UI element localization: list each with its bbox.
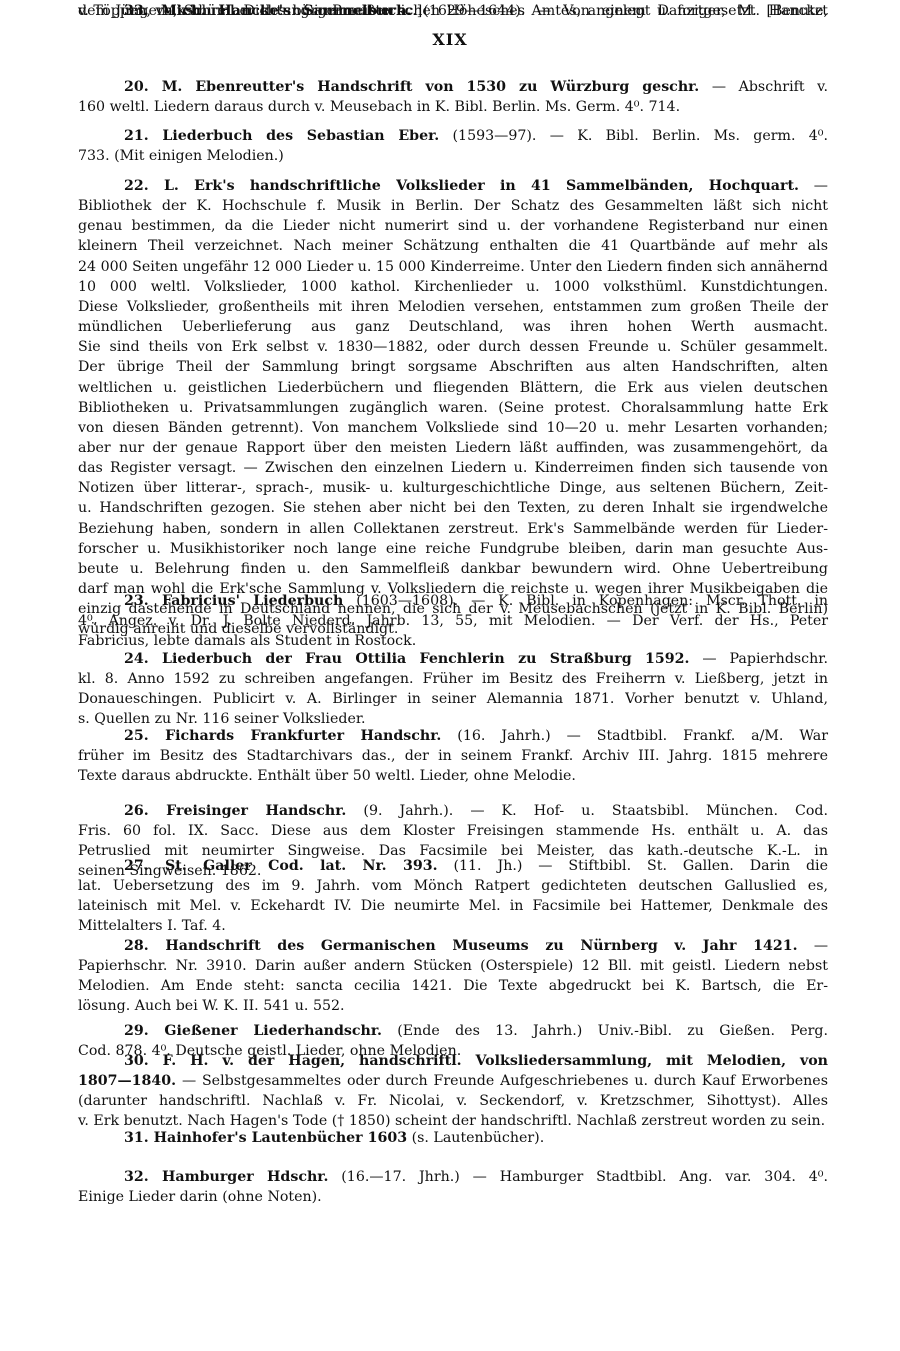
entry-text: lat. Uebersetzung des im 9. Jahrh. vom M… [78,878,828,894]
entry-title: 23. Fabricius' Liederbuch [124,593,343,609]
entry-text: Der übrige Theil der Sammlung bringt sor… [78,359,828,375]
entry-text: u. Handschriften gezogen. Sie stehen abe… [78,500,828,516]
entry-text-line: 733. (Mit einigen Melodien.) [78,145,828,167]
entry-text: Fris. 60 fol. IX. Sacc. Diese aus dem Kl… [78,823,828,839]
entry-text-line: kl. 8. Anno 1592 zu schreiben angefangen… [78,668,828,690]
entry-title: 20. M. Ebenreutter's Handschrift von 153… [124,79,699,95]
entry-title: 25. Fichards Frankfurter Handschr. [124,728,441,744]
entry-title: 22. L. Erk's handschriftliche Volksliede… [124,178,799,194]
entry-text-line: Papierhschr. Nr. 3910. Darin außer ander… [78,955,828,977]
entry-heading-line: 28. Handschrift des Germanischen Museums… [124,935,828,957]
entry-heading-line: 31. Hainhofer's Lautenbücher 1603 (s. La… [124,1127,828,1149]
entry-text: Diese Volkslieder, großentheils mit ihre… [78,299,828,315]
entry-text: lateinisch mit Mel. v. Eckehardt IV. Die… [78,898,828,914]
entry-text-line: 10 000 weltl. Volkslieder, 1000 kathol. … [78,276,828,298]
entry-text: — [799,178,828,194]
entry-text-line: u. Handschriften gezogen. Sie stehen abe… [78,497,828,519]
entry-text: früher im Besitz des Stadtarchivars das.… [78,748,828,764]
entry-text-line: aber nur der genaue Rapport über den mei… [78,437,828,459]
entry-text: (1593—97). — K. Bibl. Berlin. Ms. germ. … [439,128,828,144]
entry-text-line: lösung. Auch bei W. K. II. 541 u. 552. [78,995,828,1017]
entry-text: (1603—1608). — K. Bibl. in Kopenhagen: M… [343,593,828,609]
entry-text-line: weltlichen u. geistlichen Liederbüchern … [78,377,828,399]
entry-text-line: 1807—1840. — Selbstgesammeltes oder durc… [78,1070,828,1092]
entry-text: (Ende des 13. Jahrh.) Univ.-Bibl. zu Gie… [382,1023,828,1039]
entry-text: kl. 8. Anno 1592 zu schreiben angefangen… [78,671,828,687]
entry-text-line: Einige Lieder darin (ohne Noten). [78,1186,828,1208]
entry-text: (s. Lautenbücher). [407,1130,544,1146]
entry-text: Bibliothek der K. Hochschule f. Musik in… [78,198,828,214]
entry-title: 29. Gießener Liederhandschr. [124,1023,382,1039]
entry-text: Beziehung haben, sondern in allen Collek… [78,521,828,537]
entry-text-line: v. Töppen, volksthüml. Dichtung in Preuß… [78,0,828,22]
entry-text: v. Töppen, volksthüml. Dichtung in Preuß… [78,3,422,19]
entry-text-line: Texte daraus abdruckte. Enthält über 50 … [78,765,828,787]
entry-text: Sie sind theils von Erk selbst v. 1830—1… [78,339,828,355]
entry-text-line: 4⁰. Angez. v. Dr. J. Bolte Niederd. Jahr… [78,610,828,632]
entry-text: Bibliotheken u. Privatsammlungen zugängl… [78,400,828,416]
entry-text: 10 000 weltl. Volkslieder, 1000 kathol. … [78,279,828,295]
document-page: XIX 20. M. Ebenreutter's Handschrift von… [0,0,900,1351]
entry-text-line: beute u. Belehrung finden u. den Sammelf… [78,558,828,580]
entry-heading-line: 25. Fichards Frankfurter Handschr. (16. … [124,725,828,747]
entry-text: kleinern Theil verzeichnet. Nach meiner … [78,238,828,254]
entry-text: 160 weltl. Liedern daraus durch v. Meuse… [78,99,680,115]
entry-text-line: Melodien. Am Ende steht: sancta cecilia … [78,975,828,997]
entry-text-line: früher im Besitz des Stadtarchivars das.… [78,745,828,767]
entry-heading-line: 22. L. Erk's handschriftliche Volksliede… [124,175,828,197]
entry-heading-line: 23. Fabricius' Liederbuch (1603—1608). —… [124,590,828,612]
entry-text: 24 000 Seiten ungefähr 12 000 Lieder u. … [78,259,828,275]
entry-heading-line: 32. Hamburger Hdschr. (16.—17. Jhrh.) — … [124,1166,828,1188]
entry-title: 1807—1840. [78,1073,176,1089]
entry-text-line: Der übrige Theil der Sammlung bringt sor… [78,356,828,378]
entry-title: 26. Freisinger Handschr. [124,803,346,819]
entry-text: 733. (Mit einigen Melodien.) [78,148,284,164]
entry-heading-line: 30. F. H. v. der Hagen, handschriftl. Vo… [124,1050,828,1072]
entry-text: mündlichen Ueberlieferung aus ganz Deuts… [78,319,828,335]
entry-text-line: Bibliotheken u. Privatsammlungen zugängl… [78,397,828,419]
entry-text: (11. Jh.) — Stiftbibl. St. Gallen. Darin… [438,858,828,874]
entry-text-line: Sie sind theils von Erk selbst v. 1830—1… [78,336,828,358]
entry-text: Papierhschr. Nr. 3910. Darin außer ander… [78,958,828,974]
entry-text: (darunter handschriftl. Nachlaß v. Fr. N… [78,1093,828,1109]
entry-text-line: Bibliothek der K. Hochschule f. Musik in… [78,195,828,217]
entry-text: beute u. Belehrung finden u. den Sammelf… [78,561,828,577]
entry-text: — Papierhdschr. [689,651,828,667]
entry-text-line: 160 weltl. Liedern daraus durch v. Meuse… [78,96,828,118]
entry-title: 24. Liederbuch der Frau Ottilia Fenchler… [124,651,689,667]
entry-text: — Selbstgesammeltes oder durch Freunde A… [176,1073,828,1089]
entry-text: Texte daraus abdruckte. Enthält über 50 … [78,768,576,784]
entry-text-line: kleinern Theil verzeichnet. Nach meiner … [78,235,828,257]
entry-text: forscher u. Musikhistoriker noch lange e… [78,541,828,557]
entry-text-line: Diese Volkslieder, großentheils mit ihre… [78,296,828,318]
entry-text: lösung. Auch bei W. K. II. 541 u. 552. [78,998,345,1014]
entry-heading-line: 27. St. Galler Cod. lat. Nr. 393. (11. J… [124,855,828,877]
entry-title: 27. St. Galler Cod. lat. Nr. 393. [124,858,438,874]
entry-title: 30. F. H. v. der Hagen, handschriftl. Vo… [124,1053,828,1069]
entry-text: Fabricius, lebte damals als Student in R… [78,633,416,649]
entry-text: aber nur der genaue Rapport über den mei… [78,440,828,456]
entry-title: 21. Liederbuch des Sebastian Eber. [124,128,439,144]
entry-text-line: das Register versagt. — Zwischen den ein… [78,457,828,479]
entry-title: 31. Hainhofer's Lautenbücher 1603 [124,1130,407,1146]
entry-text: Donaueschingen. Publicirt v. A. Birlinge… [78,691,828,707]
entry-text: (16. Jahrh.) — Stadtbibl. Frankf. a/M. W… [441,728,828,744]
entry-text: — Abschrift v. [699,79,828,95]
entry-text-line: Donaueschingen. Publicirt v. A. Birlinge… [78,688,828,710]
entry-text-line: Notizen über litterar-, sprach-, musik- … [78,477,828,499]
entry-text: weltlichen u. geistlichen Liederbüchern … [78,380,828,396]
entry-text-line: von diesen Bänden getrennt). Von manchem… [78,417,828,439]
entry-text: Notizen über litterar-, sprach-, musik- … [78,480,828,496]
entry-text: Mittelalters I. Taf. 4. [78,918,226,934]
entry-text-line: Fris. 60 fol. IX. Sacc. Diese aus dem Kl… [78,820,828,842]
entry-text-line: mündlichen Ueberlieferung aus ganz Deuts… [78,316,828,338]
entry-text: (9. Jahrh.). — K. Hof- u. Staatsbibl. Mü… [346,803,828,819]
entry-text: (16.—17. Jhrh.) — Hamburger Stadtbibl. A… [328,1169,828,1185]
entry-heading-line: 20. M. Ebenreutter's Handschrift von 153… [124,76,828,98]
entry-heading-line: 26. Freisinger Handschr. (9. Jahrh.). — … [124,800,828,822]
entry-text: Einige Lieder darin (ohne Noten). [78,1189,322,1205]
entry-text-line: (darunter handschriftl. Nachlaß v. Fr. N… [78,1090,828,1112]
entry-text: genau bestimmen, da die Lieder nicht num… [78,218,828,234]
entry-text-line: lat. Uebersetzung des im 9. Jahrh. vom M… [78,875,828,897]
entry-heading-line: 24. Liederbuch der Frau Ottilia Fenchler… [124,648,828,670]
entry-text: das Register versagt. — Zwischen den ein… [78,460,828,476]
entry-text-line: lateinisch mit Mel. v. Eckehardt IV. Die… [78,895,828,917]
entry-text-line: genau bestimmen, da die Lieder nicht num… [78,215,828,237]
entry-heading-line: 29. Gießener Liederhandschr. (Ende des 1… [124,1020,828,1042]
entry-text: 4⁰. Angez. v. Dr. J. Bolte Niederd. Jahr… [78,613,828,629]
entry-text-line: Beziehung haben, sondern in allen Collek… [78,518,828,540]
entry-title: 28. Handschrift des Germanischen Museums… [124,938,798,954]
entry-title: 32. Hamburger Hdschr. [124,1169,328,1185]
entry-text-line: 24 000 Seiten ungefähr 12 000 Lieder u. … [78,256,828,278]
page-number: XIX [0,30,900,49]
entry-text: — [798,938,828,954]
entry-heading-line: 21. Liederbuch des Sebastian Eber. (1593… [124,125,828,147]
entry-text: Melodien. Am Ende steht: sancta cecilia … [78,978,828,994]
entry-text-line: forscher u. Musikhistoriker noch lange e… [78,538,828,560]
entry-text: von diesen Bänden getrennt). Von manchem… [78,420,828,436]
